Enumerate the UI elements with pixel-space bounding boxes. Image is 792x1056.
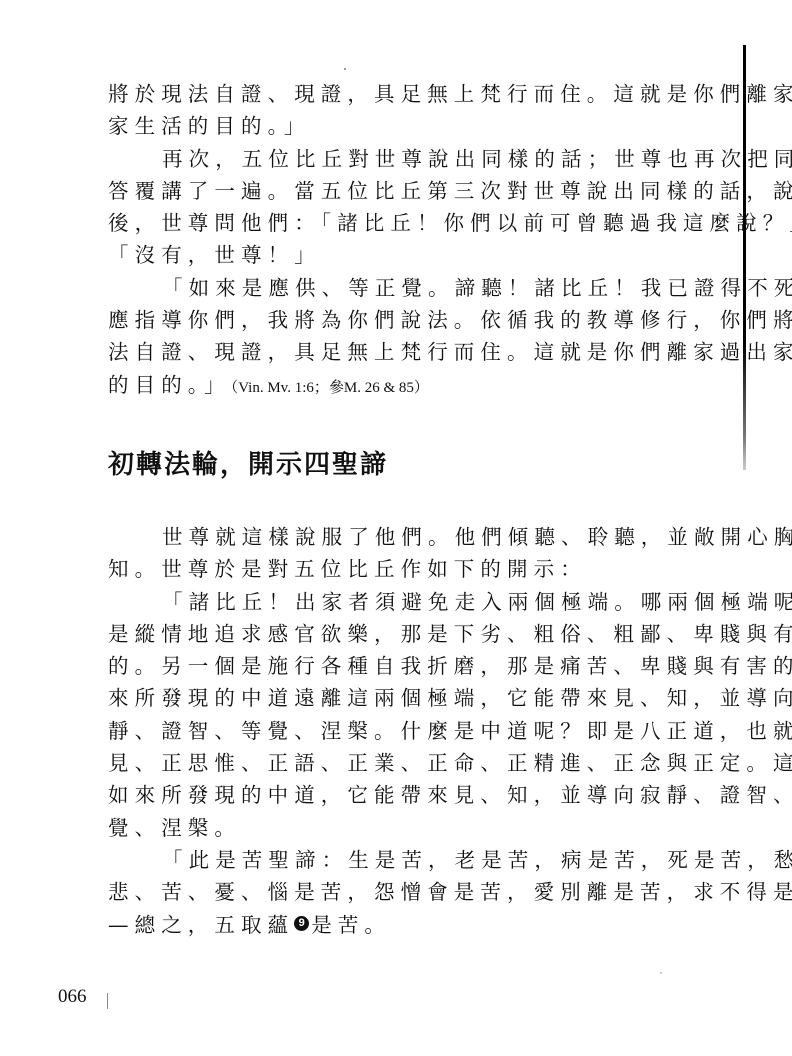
- text-line-part: —總之，五取蘊: [108, 913, 294, 937]
- page-number-separator: [107, 993, 108, 1009]
- text-line: 再次，五位比丘對世尊說出同樣的話；世尊也再次把同樣的: [108, 143, 702, 175]
- page-number: 066: [58, 986, 87, 1008]
- section-heading: 初轉法輪，開示四聖諦: [108, 445, 388, 485]
- text-line: 的目的。」（Vin. Mv. 1:6；參M. 26 & 85）: [108, 369, 702, 401]
- body-text-lower: 世尊就這樣說服了他們。他們傾聽、聆聽，並敞開心胸去了 知。世尊於是對五位比丘作如…: [108, 521, 702, 941]
- text-line: 見、正思惟、正語、正業、正命、正精進、正念與正定。這就是: [108, 747, 702, 779]
- text-line: 「諸比丘！出家者須避免走入兩個極端。哪兩個極端呢？一: [108, 586, 702, 618]
- text-line: 覺、涅槃。: [108, 812, 702, 844]
- scan-speck: [344, 68, 346, 70]
- text-line: 「沒有，世尊！」: [108, 239, 702, 271]
- text-line: 世尊就這樣說服了他們。他們傾聽、聆聽，並敞開心胸去了: [108, 521, 702, 553]
- footnote-marker[interactable]: 9: [294, 916, 309, 931]
- text-line: 知。世尊於是對五位比丘作如下的開示：: [108, 553, 702, 585]
- text-line: 後，世尊問他們：「諸比丘！你們以前可曾聽過我這麼說？」: [108, 207, 702, 239]
- scan-speck: [660, 972, 662, 974]
- text-line-part: 是苦。: [311, 913, 391, 937]
- text-line: 如來所發現的中道，它能帶來見、知，並導向寂靜、證智、等: [108, 779, 702, 811]
- text-line: 「如來是應供、等正覺。諦聽！諸比丘！我已證得不死，我: [108, 272, 702, 304]
- text-line: 靜、證智、等覺、涅槃。什麼是中道呢？即是八正道，也就是正: [108, 715, 702, 747]
- body-text-upper: 將於現法自證、現證，具足無上梵行而住。這就是你們離家過出 家生活的目的。」 再次…: [108, 78, 702, 401]
- margin-rule: [743, 45, 746, 470]
- text-line: 是縱情地追求感官欲樂，那是下劣、粗俗、粗鄙、卑賤與有害: [108, 618, 702, 650]
- text-line: 答覆講了一遍。當五位比丘第三次對世尊說出同樣的話，說完: [108, 175, 702, 207]
- text-line: 來所發現的中道遠離這兩個極端，它能帶來見、知，並導向寂: [108, 682, 702, 714]
- text-line: 的。另一個是施行各種自我折磨，那是痛苦、卑賤與有害的。如: [108, 650, 702, 682]
- text-line-part: 的目的。」: [108, 373, 231, 397]
- text-line: —總之，五取蘊9是苦。: [108, 909, 702, 941]
- text-line: 應指導你們，我將為你們說法。依循我的教導修行，你們將於現: [108, 304, 702, 336]
- citation: （Vin. Mv. 1:6；參M. 26 & 85）: [231, 380, 429, 396]
- text-line: 將於現法自證、現證，具足無上梵行而住。這就是你們離家過出: [108, 78, 702, 110]
- text-line: 悲、苦、憂、惱是苦，怨憎會是苦，愛別離是苦，求不得是苦—: [108, 876, 702, 908]
- text-line: 法自證、現證，具足無上梵行而住。這就是你們離家過出家生活: [108, 336, 702, 368]
- text-line: 「此是苦聖諦：生是苦，老是苦，病是苦，死是苦，愁、: [108, 844, 702, 876]
- text-line: 家生活的目的。」: [108, 110, 702, 142]
